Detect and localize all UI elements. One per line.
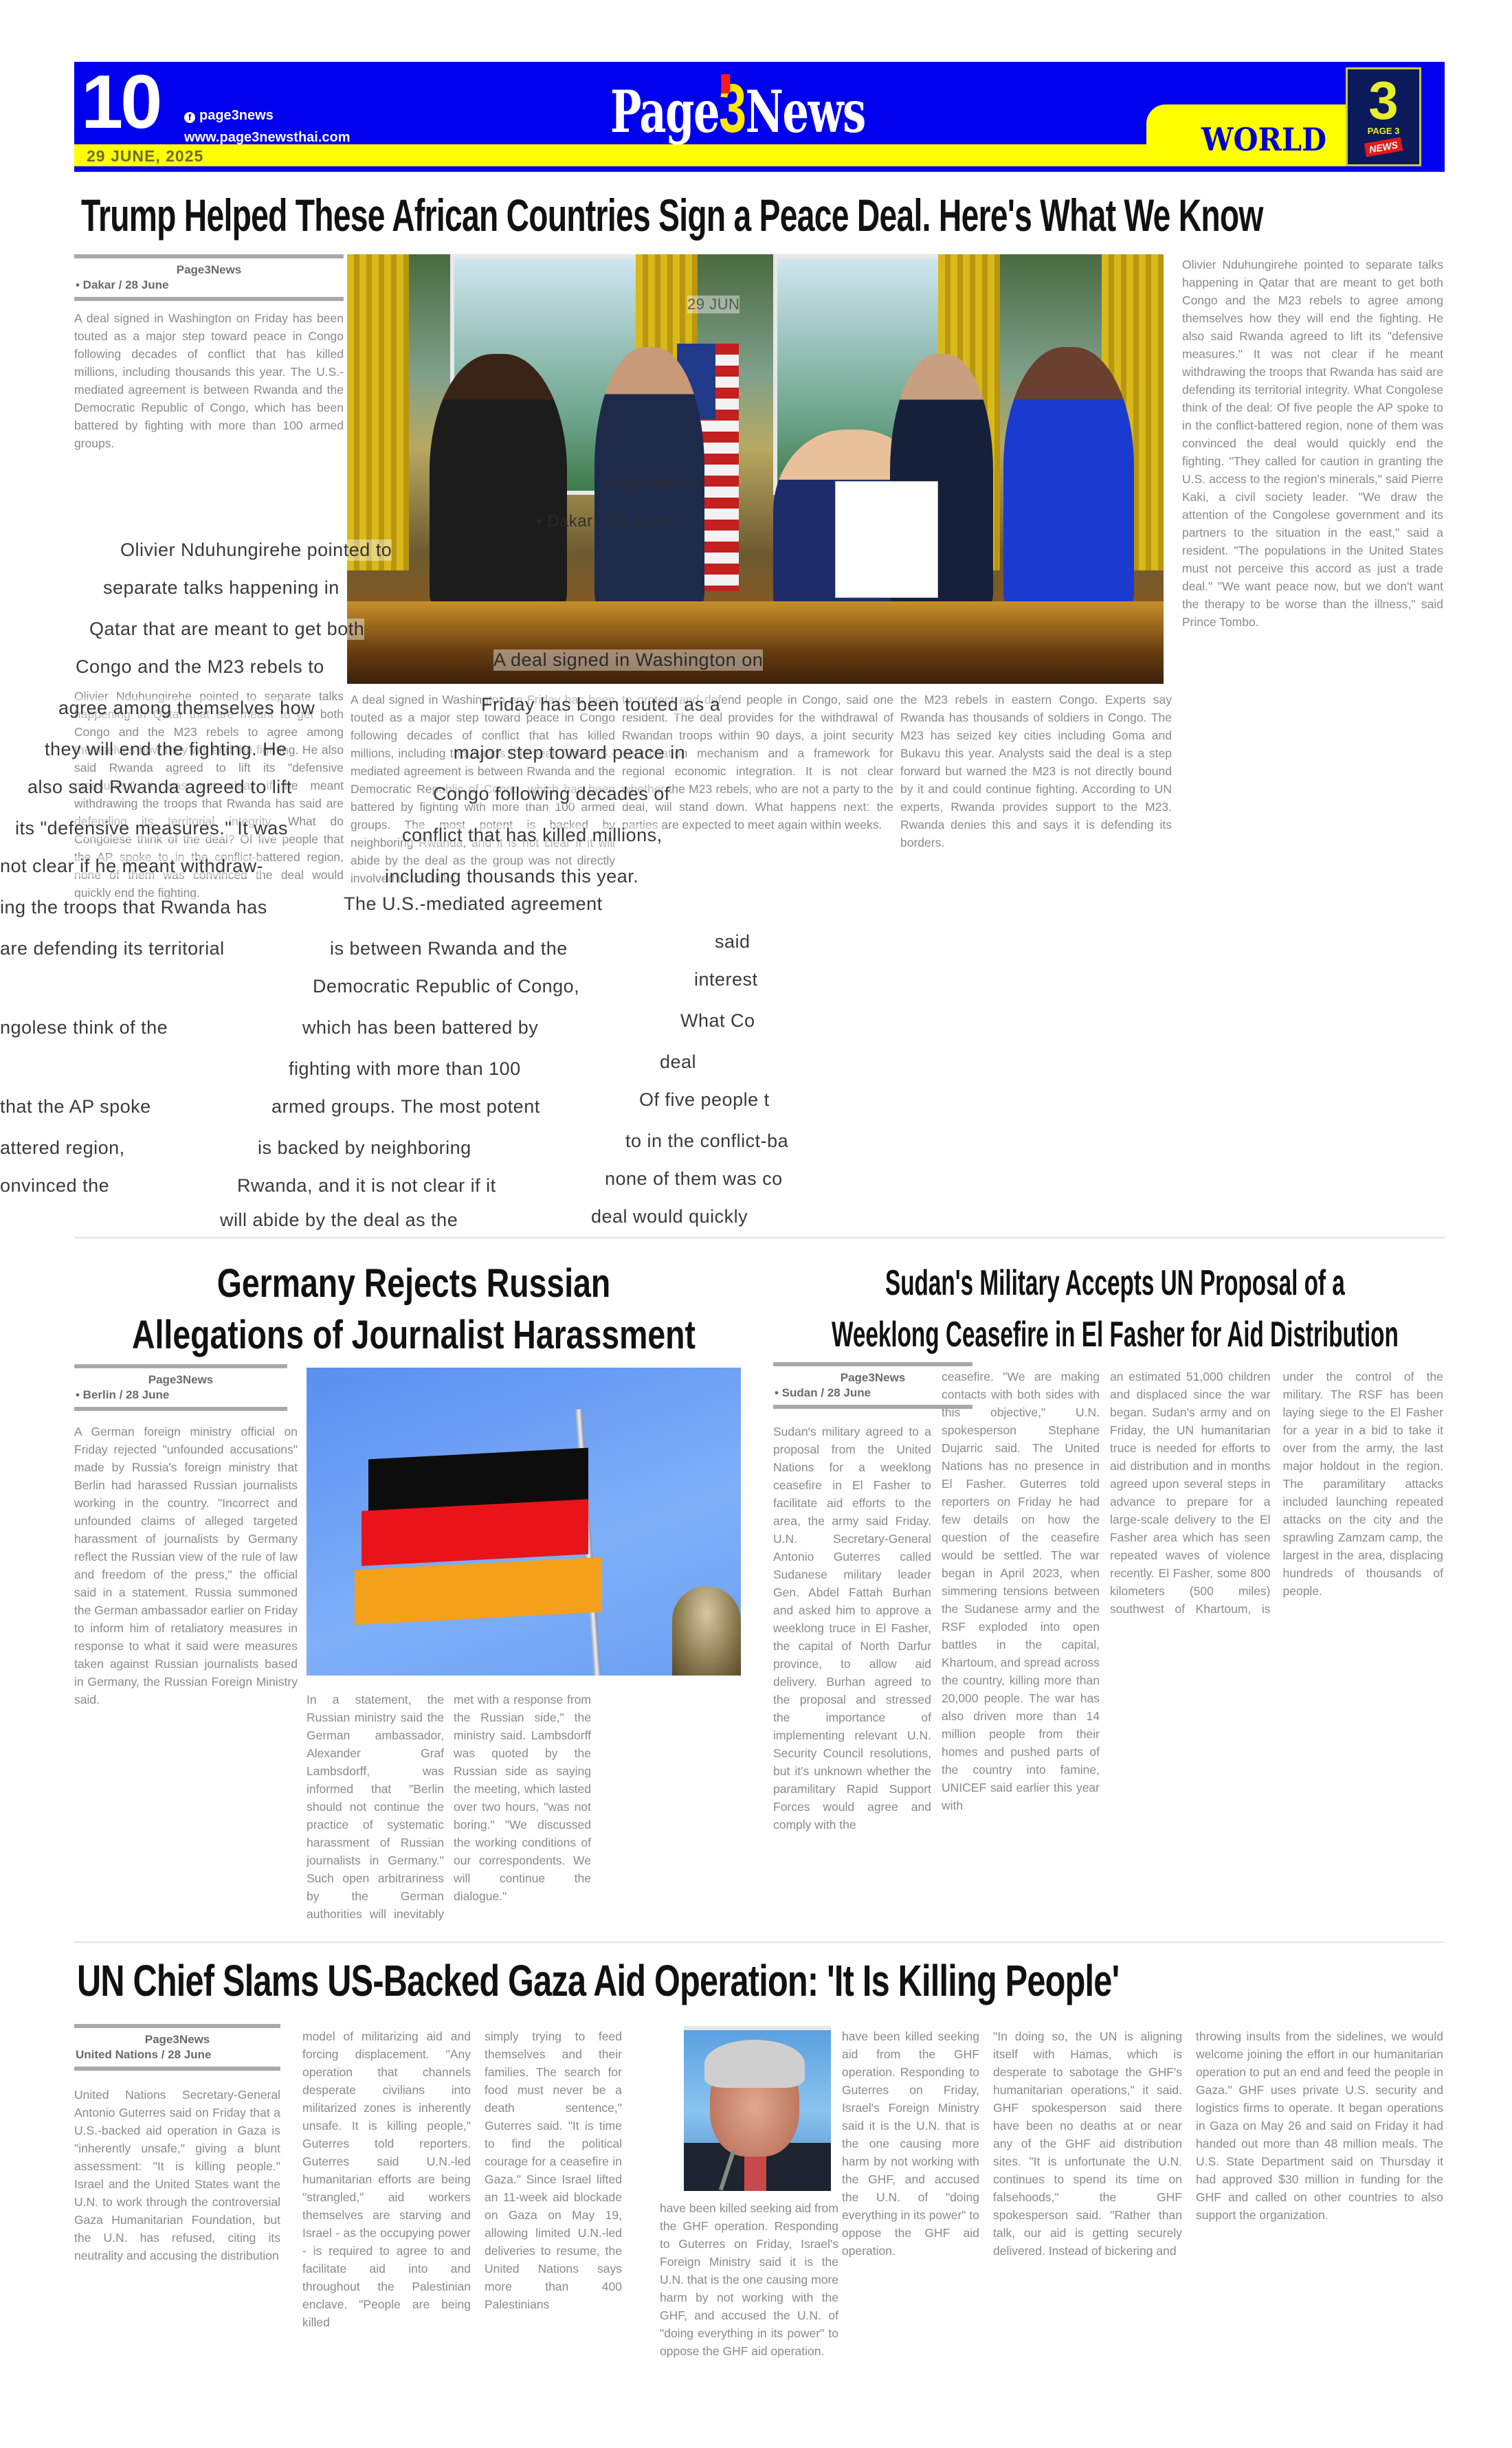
byline-place: United Nations / 28 June xyxy=(74,2047,280,2062)
germany-flag-photo xyxy=(307,1368,741,1676)
badge-number: 3 xyxy=(1348,75,1419,126)
germany-byline: Page3News • Berlin / 28 June xyxy=(74,1364,287,1411)
un-col-3: simply trying to feed themselves and the… xyxy=(485,2027,622,2429)
overlay-text: attered region, xyxy=(0,1137,125,1159)
overlay-text: Qatar that are meant to get both xyxy=(89,619,364,640)
byline-brand: Page3News xyxy=(74,263,344,278)
signed-document xyxy=(835,481,938,598)
overlay-text: are defending its territorial xyxy=(0,938,225,959)
overlay-text: onvinced the xyxy=(0,1175,109,1197)
overlay-text: is backed by neighboring xyxy=(258,1137,471,1159)
photo-person xyxy=(430,354,567,608)
guterres-photo xyxy=(684,2026,831,2191)
logo-word-page: Page xyxy=(610,78,719,146)
statue xyxy=(672,1586,741,1676)
badge-page-label: PAGE 3 xyxy=(1348,126,1419,136)
byline-place: • Dakar / 28 June xyxy=(74,278,344,293)
main-photo-oval-office-signing xyxy=(347,254,1164,684)
overlay-text: interest xyxy=(694,969,758,990)
germany-headline-line2: Allegations of Journalist Harassment xyxy=(132,1313,696,1357)
germany-col-2: In a statement, the Russian ministry sai… xyxy=(307,1691,444,1924)
main-byline: Page3News • Dakar / 28 June xyxy=(74,254,344,301)
germany-col-1: A German foreign ministry official on Fr… xyxy=(74,1423,298,1924)
sudan-headline-line2: Weeklong Ceasefire in El Fasher for Aid … xyxy=(832,1315,1399,1355)
masthead-bottom-rule xyxy=(74,166,1445,172)
facebook-handle[interactable]: fpage3news xyxy=(184,104,351,126)
photo-desk xyxy=(347,601,1164,684)
overlay-text: The U.S.-mediated agreement xyxy=(344,893,603,915)
overlay-text: Olivier Nduhungirehe pointed to xyxy=(120,539,392,561)
germany-headline: Germany Rejects Russian Allegations of J… xyxy=(81,1258,746,1361)
badge-news-label: NEWS xyxy=(1364,137,1403,157)
brand-badge: 3 PAGE 3 NEWS xyxy=(1346,67,1421,166)
overlay-text: fighting with more than 100 xyxy=(289,1058,521,1080)
overlay-text: armed groups. The most potent xyxy=(271,1096,540,1117)
overlay-text: Congo and the M23 rebels to xyxy=(76,656,324,678)
sudan-col-1: Sudan's military agreed to a proposal fr… xyxy=(773,1423,931,1924)
sudan-headline-line1: Sudan's Military Accepts UN Proposal of … xyxy=(885,1263,1345,1303)
un-col-5: "In doing so, the UN is aligning itself … xyxy=(993,2027,1182,2429)
overlay-text: not clear if he meant withdraw- xyxy=(0,856,263,877)
overlay-text: What Co xyxy=(680,1010,755,1032)
overlay-text: Friday has been touted as a xyxy=(481,694,720,715)
overlay-text: deal would quickly xyxy=(591,1206,748,1227)
overlay-text: that the AP spoke xyxy=(0,1096,151,1117)
un-col-4: have been killed seeking aid from the GH… xyxy=(842,2027,979,2429)
overlay-text: A deal signed in Washington on xyxy=(493,649,763,671)
main-headline: Trump Helped These African Countries Sig… xyxy=(81,192,1263,238)
overlay-text: which has been battered by xyxy=(302,1017,538,1038)
photo-hair xyxy=(704,2040,805,2088)
un-col-6: throwing insults from the sidelines, we … xyxy=(1196,2027,1443,2429)
logo-word-news: News xyxy=(746,78,865,146)
photo-curtain xyxy=(347,254,409,570)
main-col-right: Olivier Nduhungirehe pointed to separate… xyxy=(1182,256,1443,1221)
overlay-text: will abide by the deal as the xyxy=(220,1210,458,1231)
overlay-text: Page3News xyxy=(605,474,697,493)
page-number: 10 xyxy=(81,65,159,140)
overlay-text: also said Rwanda agreed to lift xyxy=(27,777,292,798)
facebook-label: page3news xyxy=(199,108,274,123)
issue-date: 29 JUNE, 2025 xyxy=(87,147,203,166)
byline-brand: Page3News xyxy=(74,1372,287,1388)
un-col-3b: have been killed seeking aid from the GH… xyxy=(660,2199,838,2429)
overlay-text: Of five people t xyxy=(639,1089,770,1111)
byline-place: • Berlin / 28 June xyxy=(74,1388,287,1403)
overlay-text: is between Rwanda and the xyxy=(330,938,568,959)
sudan-col-3: an estimated 51,000 children and displac… xyxy=(1110,1368,1443,1924)
un-col-1: United Nations Secretary-General Antonio… xyxy=(74,2086,280,2429)
flag-stripe-red xyxy=(362,1499,588,1566)
overlay-text: Congo following decades of xyxy=(433,783,670,805)
overlay-text: deal xyxy=(660,1051,696,1073)
overlay-text: they will end the fighting. He xyxy=(45,739,287,760)
overlay-text: Democratic Republic of Congo, xyxy=(313,976,579,997)
social-links: fpage3news www.page3newsthai.com xyxy=(184,104,351,148)
overlay-text: 29 JUN xyxy=(687,296,740,313)
byline-brand: Page3News xyxy=(74,2032,280,2047)
overlay-text: ing the troops that Rwanda has xyxy=(0,897,267,918)
overlay-text: agree among themselves how xyxy=(58,698,315,719)
section-divider xyxy=(74,1941,1445,1943)
overlay-text: • Dakar / 28 June xyxy=(536,512,669,531)
overlay-text: separate talks happening in xyxy=(103,577,340,599)
un-headline: UN Chief Slams US-Backed Gaza Aid Operat… xyxy=(77,1959,1119,2003)
overlay-text: its "defensive measures." It was xyxy=(15,818,288,839)
section-label: WORLD xyxy=(1201,121,1326,158)
photo-tie xyxy=(744,2152,766,2191)
masthead: 10 fpage3news www.page3newsthai.com 29 J… xyxy=(74,62,1445,172)
overlay-text: Rwanda, and it is not clear if it xyxy=(237,1175,496,1197)
germany-headline-line1: Germany Rejects Russian xyxy=(217,1261,611,1306)
un-byline: Page3News United Nations / 28 June xyxy=(74,2024,280,2071)
overlay-text: ngolese think of the xyxy=(0,1017,168,1038)
flag-stripe-gold xyxy=(355,1557,602,1625)
sudan-headline: Sudan's Military Accepts UN Proposal of … xyxy=(781,1258,1449,1361)
overlay-text: including thousands this year. xyxy=(385,866,638,887)
main-lower-col-4: the M23 rebels in eastern Congo. Experts… xyxy=(900,691,1172,1223)
un-col-2: model of militarizing aid and forcing di… xyxy=(302,2027,471,2429)
overlay-text: to in the conflict-ba xyxy=(625,1131,788,1152)
section-divider xyxy=(74,1237,1445,1238)
sudan-col-2: ceasefire. "We are making contacts with … xyxy=(942,1368,1100,1924)
germany-col-3: met with a response from the Russian sid… xyxy=(454,1691,591,1924)
overlay-text: none of them was co xyxy=(605,1168,783,1190)
overlay-text: conflict that has killed millions, xyxy=(402,825,663,846)
newspaper-logo[interactable]: Page3News xyxy=(610,74,865,143)
website-link[interactable]: www.page3newsthai.com xyxy=(184,126,351,148)
overlay-text: major step toward peace in xyxy=(454,742,685,764)
overlay-text: said xyxy=(715,931,751,953)
logo-number-three: 3 xyxy=(719,70,746,147)
photo-person xyxy=(1003,347,1134,608)
facebook-icon: f xyxy=(184,112,195,123)
